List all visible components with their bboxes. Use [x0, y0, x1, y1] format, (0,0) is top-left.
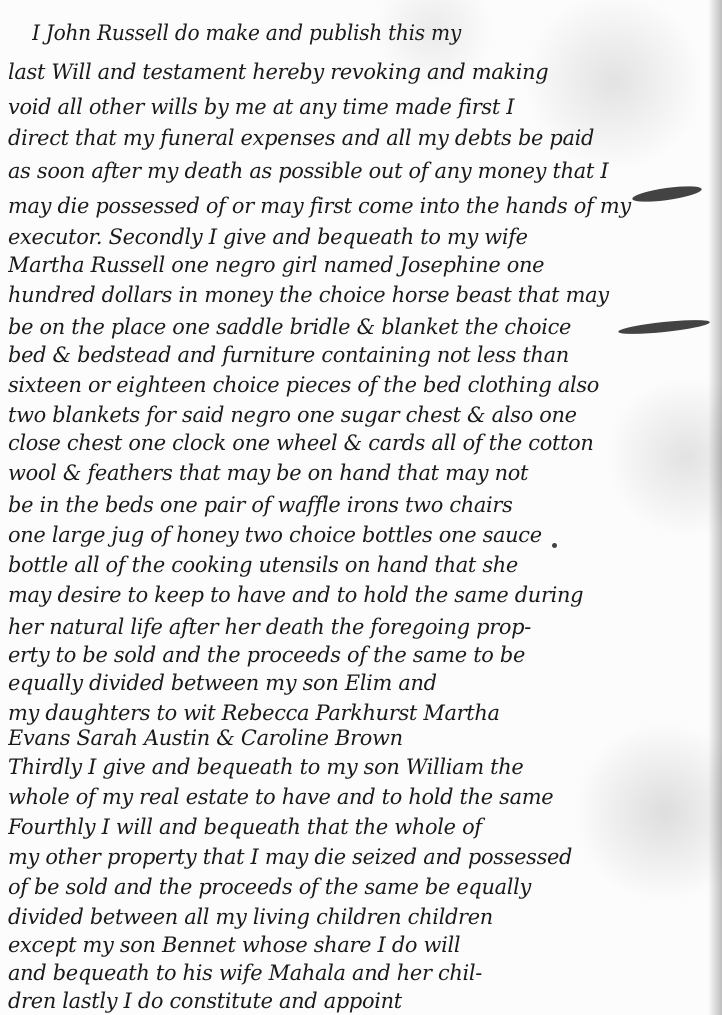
- text-line: as soon after my death as possible out o…: [8, 156, 716, 186]
- text-line: Thirdly I give and bequeath to my son Wi…: [8, 752, 716, 782]
- text-line: may desire to keep to have and to hold t…: [8, 580, 716, 610]
- text-line: last Will and testament hereby revoking …: [8, 57, 716, 87]
- text-line: her natural life after her death the for…: [8, 612, 716, 642]
- text-line: I John Russell do make and publish this …: [32, 18, 716, 48]
- text-line: my other property that I may die seized …: [8, 842, 716, 872]
- text-line: dren lastly I do constitute and appoint: [8, 986, 716, 1015]
- text-line: wool & feathers that may be on hand that…: [8, 458, 716, 488]
- text-line: may die possessed of or may first come i…: [8, 191, 716, 221]
- text-line: two blankets for said negro one sugar ch…: [8, 400, 716, 430]
- text-line: hundred dollars in money the choice hors…: [8, 280, 716, 310]
- text-line: bed & bedstead and furniture containing …: [8, 340, 716, 370]
- text-line: and bequeath to his wife Mahala and her …: [8, 958, 716, 988]
- text-line: be in the beds one pair of waffle irons …: [8, 490, 716, 520]
- text-line: bottle all of the cooking utensils on ha…: [8, 550, 716, 580]
- text-line: close chest one clock one wheel & cards …: [8, 428, 716, 458]
- text-line: Fourthly I will and bequeath that the wh…: [8, 812, 716, 842]
- text-line: be on the place one saddle bridle & blan…: [8, 312, 716, 342]
- text-line: Evans Sarah Austin & Caroline Brown: [8, 723, 716, 753]
- text-line: of be sold and the proceeds of the same …: [8, 872, 716, 902]
- text-line: one large jug of honey two choice bottle…: [8, 520, 716, 550]
- text-line: except my son Bennet whose share I do wi…: [8, 930, 716, 960]
- text-line: Martha Russell one negro girl named Jose…: [8, 250, 716, 280]
- text-line: divided between all my living children c…: [8, 902, 716, 932]
- text-line: equally divided between my son Elim and: [8, 668, 716, 698]
- scanned-document-page: I John Russell do make and publish this …: [0, 0, 722, 1015]
- text-line: erty to be sold and the proceeds of the …: [8, 640, 716, 670]
- text-line: direct that my funeral expenses and all …: [8, 123, 716, 153]
- text-line: void all other wills by me at any time m…: [8, 92, 716, 122]
- text-line: sixteen or eighteen choice pieces of the…: [8, 370, 716, 400]
- text-line: executor. Secondly I give and bequeath t…: [8, 222, 716, 252]
- text-line: whole of my real estate to have and to h…: [8, 782, 716, 812]
